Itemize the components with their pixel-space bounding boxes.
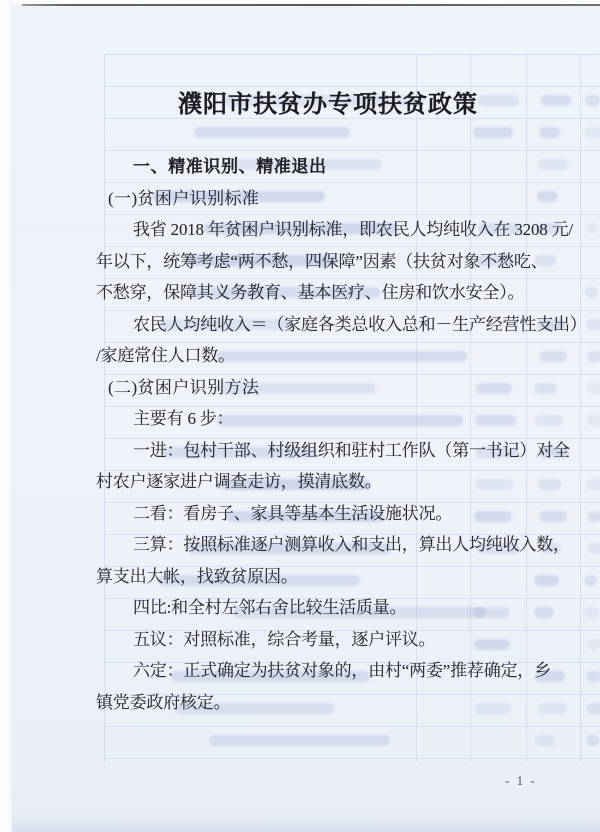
text-line: 农民人均纯收入＝（家庭各类总收入总和－生产经营性支出） [133, 310, 587, 335]
text-line: /家庭常住人口数。 [96, 341, 235, 366]
text-line: (一)贫困户识别标准 [108, 184, 259, 209]
text-line: 镇党委政府核定。 [96, 688, 230, 713]
text-line: 村农户逐家进户调查走访，摸清底数。 [96, 467, 382, 492]
document-body: 濮阳市扶贫办专项扶贫政策 一、精准识别、精准退出(一)贫困户识别标准我省 201… [12, 0, 600, 832]
page-number: - 1 - [505, 773, 537, 789]
text-line: 一、精准识别、精准退出 [133, 152, 327, 177]
text-line: 算支出大帐，找致贫原因。 [96, 562, 298, 587]
text-line: 五议：对照标准，综合考量，逐户评议。 [133, 625, 435, 650]
text-line: 六定：正式确定为扶贫对象的，由村“两委”推荐确定，乡 [133, 656, 551, 681]
text-line: (二)贫困户识别方法 [108, 373, 259, 398]
text-line: 我省 2018 年贫困户识别标准，即农民人均纯收入在 3208 元/ [133, 215, 573, 240]
text-line: 一进：包村干部、村级组织和驻村工作队（第一书记）对全 [133, 436, 570, 461]
text-line: 不愁穿，保障其义务教育、基本医疗、住房和饮水安全）。 [96, 278, 524, 303]
text-line: 三算：按照标准逐户测算收入和支出，算出人均纯收入数， [133, 530, 570, 555]
text-line: 二看：看房子、家具等基本生活设施状况。 [133, 499, 452, 524]
text-line: 年以下，统筹考虑“两不愁，四保障”因素（扶贫对象不愁吃、 [96, 247, 548, 272]
document-title: 濮阳市扶贫办专项扶贫政策 [96, 84, 560, 119]
text-line: 主要有 6 步： [133, 404, 233, 429]
text-line: 四比:和全村左邻右舍比较生活质量。 [133, 593, 406, 618]
scan-bottom-edge [12, 821, 600, 832]
scan-left-margin [0, 0, 12, 832]
